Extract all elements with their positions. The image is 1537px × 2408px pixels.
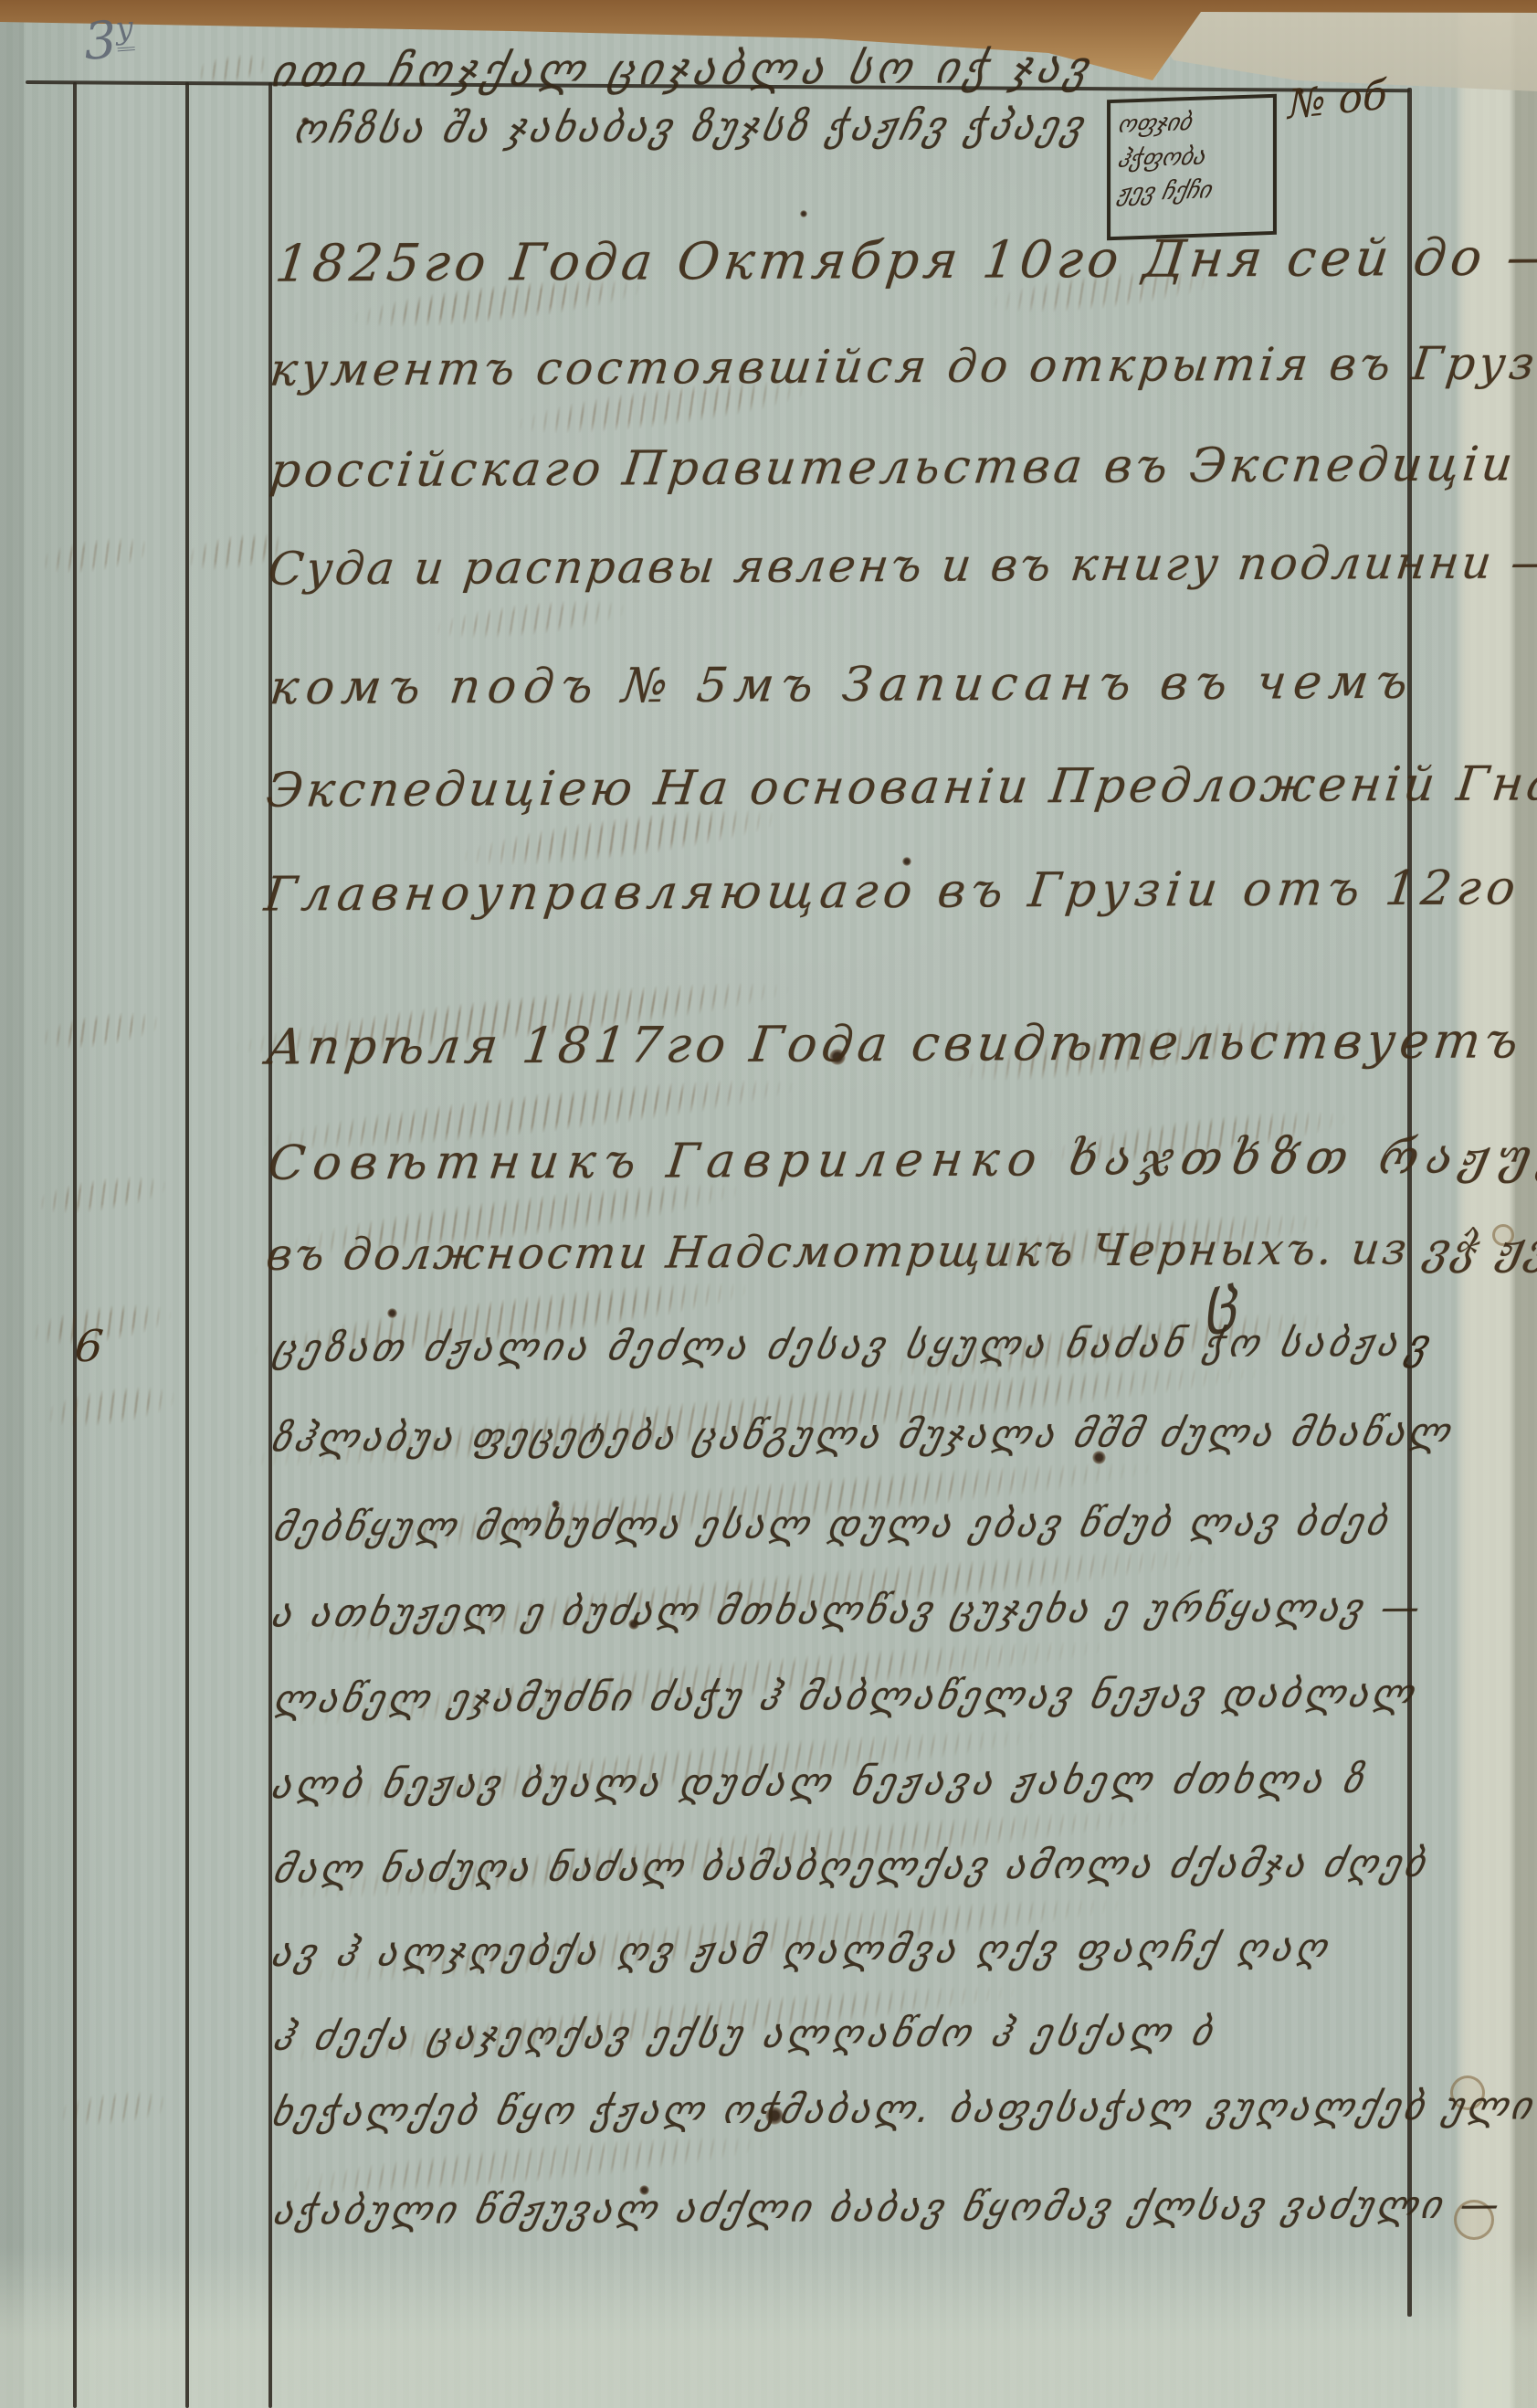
manuscript-line: ლაწელ ეჯამუძნი ძაჭუ ჰ მაბლაწელავ ნეჟავ დ…	[269, 1674, 1421, 1719]
manuscript-page-scan: 3у ოფჯიბჰჭფობაჟევ ჩქჩი № об 6 ვ ც ითი ჩო…	[0, 0, 1537, 2408]
manuscript-line: россійскаго Правительства въ Экспедиціи	[268, 440, 1519, 494]
registration-number: № об	[1288, 71, 1386, 129]
manuscript-line: ა ათხუჟელ ე ბუძალ მთხალწავ ცუჯეხა ე ურწყ…	[268, 1589, 1427, 1633]
folio-digit: 3	[82, 11, 119, 72]
stamp-box-line: ჰჭფობა	[1114, 138, 1269, 178]
manuscript-line: Главноуправляющаго въ Грузіи отъ 12го	[262, 864, 1523, 918]
ink-bleed-smear	[53, 2086, 174, 2130]
manuscript-line: ოჩზსა შა ჯახაბავ ზუჯსზ ჭაჟჩვ ჭპაევ	[290, 106, 1090, 151]
ink-bleed-smear	[40, 1379, 181, 1434]
ink-blot	[800, 210, 807, 217]
ink-blot	[387, 1308, 397, 1318]
manuscript-line: комъ подъ № 5мъ Записанъ въ чемъ	[268, 659, 1417, 713]
ink-bleed-smear	[31, 1169, 172, 1221]
ink-bleed-smear	[428, 593, 632, 647]
manuscript-line: ჰ ძექა ცაჯეღქავ ექსუ ალღაწძო ჰ ესქალ ბ	[269, 2012, 1220, 2055]
folio-number: 3у	[82, 9, 137, 72]
manuscript-line: Апрѣля 1817го Года свидѣтельствуетъ	[264, 1016, 1525, 1072]
margin-rule-1	[73, 82, 77, 2408]
stamp-box-line: ოფჯიბ	[1114, 103, 1269, 143]
manuscript-line: ალბ ნეჟავ ბუალა დუძალ ნეჟავა ჟახელ ძთხლა…	[268, 1760, 1372, 1804]
manuscript-line: მალ ნაძუღა ნაძალ ბამაბღელქავ ამოლა ძქამჯ…	[269, 1844, 1432, 1889]
manuscript-line: Суда и расправы явленъ и въ книгу подлин…	[266, 539, 1537, 591]
ink-bleed-smear	[35, 1005, 166, 1055]
manuscript-line: ავ ჰ ალჯღებქა ღვ ჟამ ღალმვა ღქვ ფაღჩქ ღა…	[268, 1928, 1335, 1972]
manuscript-line: Экспедиціею На основаніи Предложеній Гна	[264, 760, 1537, 814]
stamp-box-line: ჟევ ჩქჩი	[1114, 172, 1269, 212]
folio-mark: у	[114, 9, 135, 51]
manuscript-line: ხეჭალქებ წყო ჭჟალ ოჭმაბალ. ბაფესაჭალ ვუღ…	[268, 2086, 1537, 2131]
manuscript-line: მებწყულ მლხუძლა ესალ დულა ებავ წძუბ ლავ …	[269, 1503, 1395, 1547]
manuscript-line: въ должности Надсмотрщикъ Черныхъ. из ვჭ…	[264, 1226, 1537, 1277]
margin-rule-2	[185, 82, 189, 2408]
manuscript-line: ზჰლაბუა ფეცეტება ცაწგულა მუჯალა მშმ ძულა…	[268, 1413, 1457, 1458]
ink-bleed-smear	[35, 531, 157, 580]
manuscript-line: აჭაბული წმჟუვალ აძქლი ბაბავ წყომავ ქლსავ…	[269, 2185, 1507, 2230]
manuscript-line: кументъ состоявшійся до открытія въ Груз…	[268, 340, 1537, 393]
manuscript-line: ითი ჩოჯქალ ციჯაბლა სო იჭ ჯავ	[268, 46, 1099, 94]
manuscript-line: Совѣтникъ Гавриленко ხაჯთხზთ რაჟუქვ	[266, 1133, 1537, 1188]
margin-entry-number: 6	[72, 1321, 105, 1372]
right-rule-line	[1407, 88, 1412, 2317]
margin-overflow-letter: ვ	[1401, 1319, 1433, 1368]
manuscript-line: ცეზათ ძჟალია მეძლა ძესავ სყულა ნაძან ჭო …	[269, 1324, 1405, 1368]
manuscript-line: 1825го Года Октября 10го Дня сей до —	[273, 232, 1537, 290]
registration-stamp-box: ოფჯიბჰჭფობაჟევ ჩქჩი	[1107, 94, 1277, 241]
